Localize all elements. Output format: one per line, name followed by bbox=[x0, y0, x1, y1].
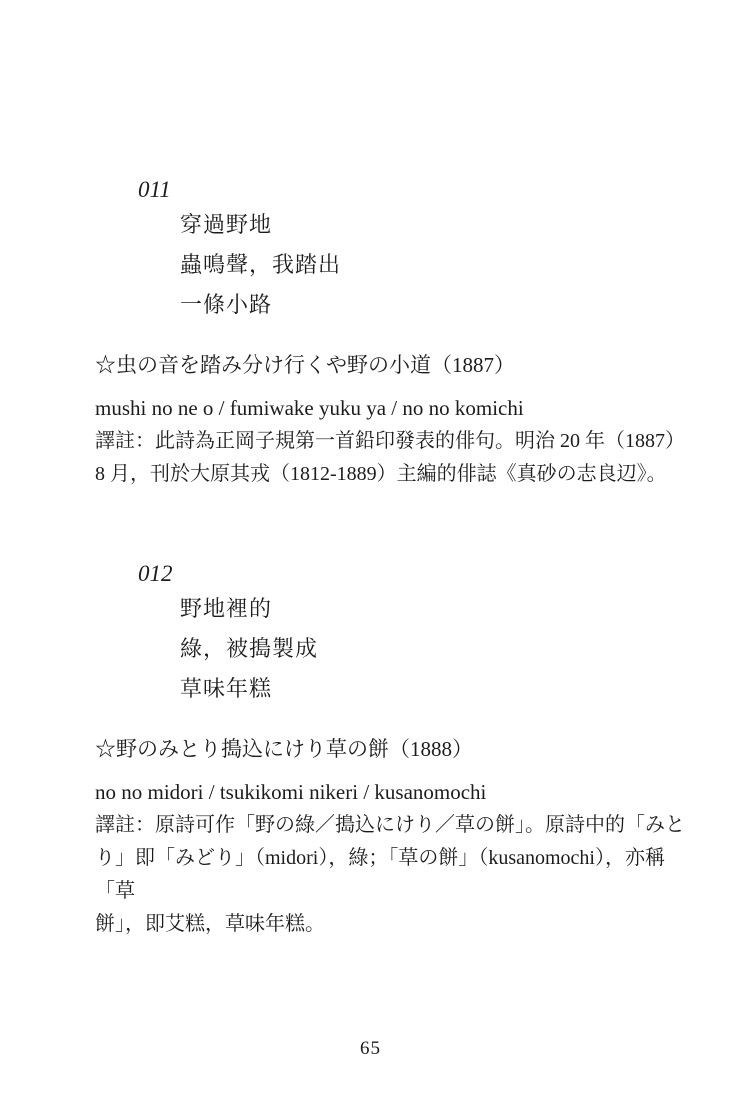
haiku-section-011: 011 穿過野地 蟲鳴聲，我踏出 一條小路 ☆虫の音を踏み分け行くや野の小道（1… bbox=[95, 175, 695, 491]
romaji-transliteration: mushi no ne o / fumiwake yuku ya / no no… bbox=[95, 396, 695, 421]
poem-translation: 野地裡的 綠，被搗製成 草味年糕 bbox=[180, 589, 695, 709]
poem-number: 011 bbox=[138, 175, 695, 205]
page-number: 65 bbox=[0, 1038, 741, 1060]
poem-line: 草味年糕 bbox=[180, 669, 695, 709]
poem-line: 蟲鳴聲，我踏出 bbox=[180, 245, 695, 285]
note-line: 譯註：原詩可作「野の綠／搗込にけり／草の餅」。原詩中的「みと bbox=[95, 809, 695, 842]
poem-line: 一條小路 bbox=[180, 285, 695, 325]
poem-translation: 穿過野地 蟲鳴聲，我踏出 一條小路 bbox=[180, 205, 695, 325]
poem-line: 野地裡的 bbox=[180, 589, 695, 629]
translator-note: 譯註：原詩可作「野の綠／搗込にけり／草の餅」。原詩中的「みと り」即「みどり」（… bbox=[95, 809, 695, 941]
note-line: り」即「みどり」（midori），綠；「草の餅」（kusanomochi），亦稱… bbox=[95, 842, 695, 908]
original-haiku: ☆野のみとり搗込にけり草の餅（1888） bbox=[95, 737, 695, 762]
note-line: 餅」，即艾糕，草味年糕。 bbox=[95, 908, 695, 941]
original-haiku: ☆虫の音を踏み分け行くや野の小道（1887） bbox=[95, 353, 695, 378]
poem-number: 012 bbox=[138, 559, 695, 589]
poem-line: 穿過野地 bbox=[180, 205, 695, 245]
book-page: 011 穿過野地 蟲鳴聲，我踏出 一條小路 ☆虫の音を踏み分け行くや野の小道（1… bbox=[0, 0, 741, 1100]
note-line: 譯註：此詩為正岡子規第一首鉛印發表的俳句。明治 20 年（1887） bbox=[95, 425, 695, 458]
page-content: 011 穿過野地 蟲鳴聲，我踏出 一條小路 ☆虫の音を踏み分け行くや野の小道（1… bbox=[0, 0, 741, 941]
romaji-transliteration: no no midori / tsukikomi nikeri / kusano… bbox=[95, 780, 695, 805]
poem-line: 綠，被搗製成 bbox=[180, 629, 695, 669]
note-line: 8 月，刊於大原其戎（1812-1889）主編的俳誌《真砂の志良辺》。 bbox=[95, 458, 695, 491]
translator-note: 譯註：此詩為正岡子規第一首鉛印發表的俳句。明治 20 年（1887） 8 月，刊… bbox=[95, 425, 695, 491]
haiku-section-012: 012 野地裡的 綠，被搗製成 草味年糕 ☆野のみとり搗込にけり草の餅（1888… bbox=[95, 559, 695, 941]
